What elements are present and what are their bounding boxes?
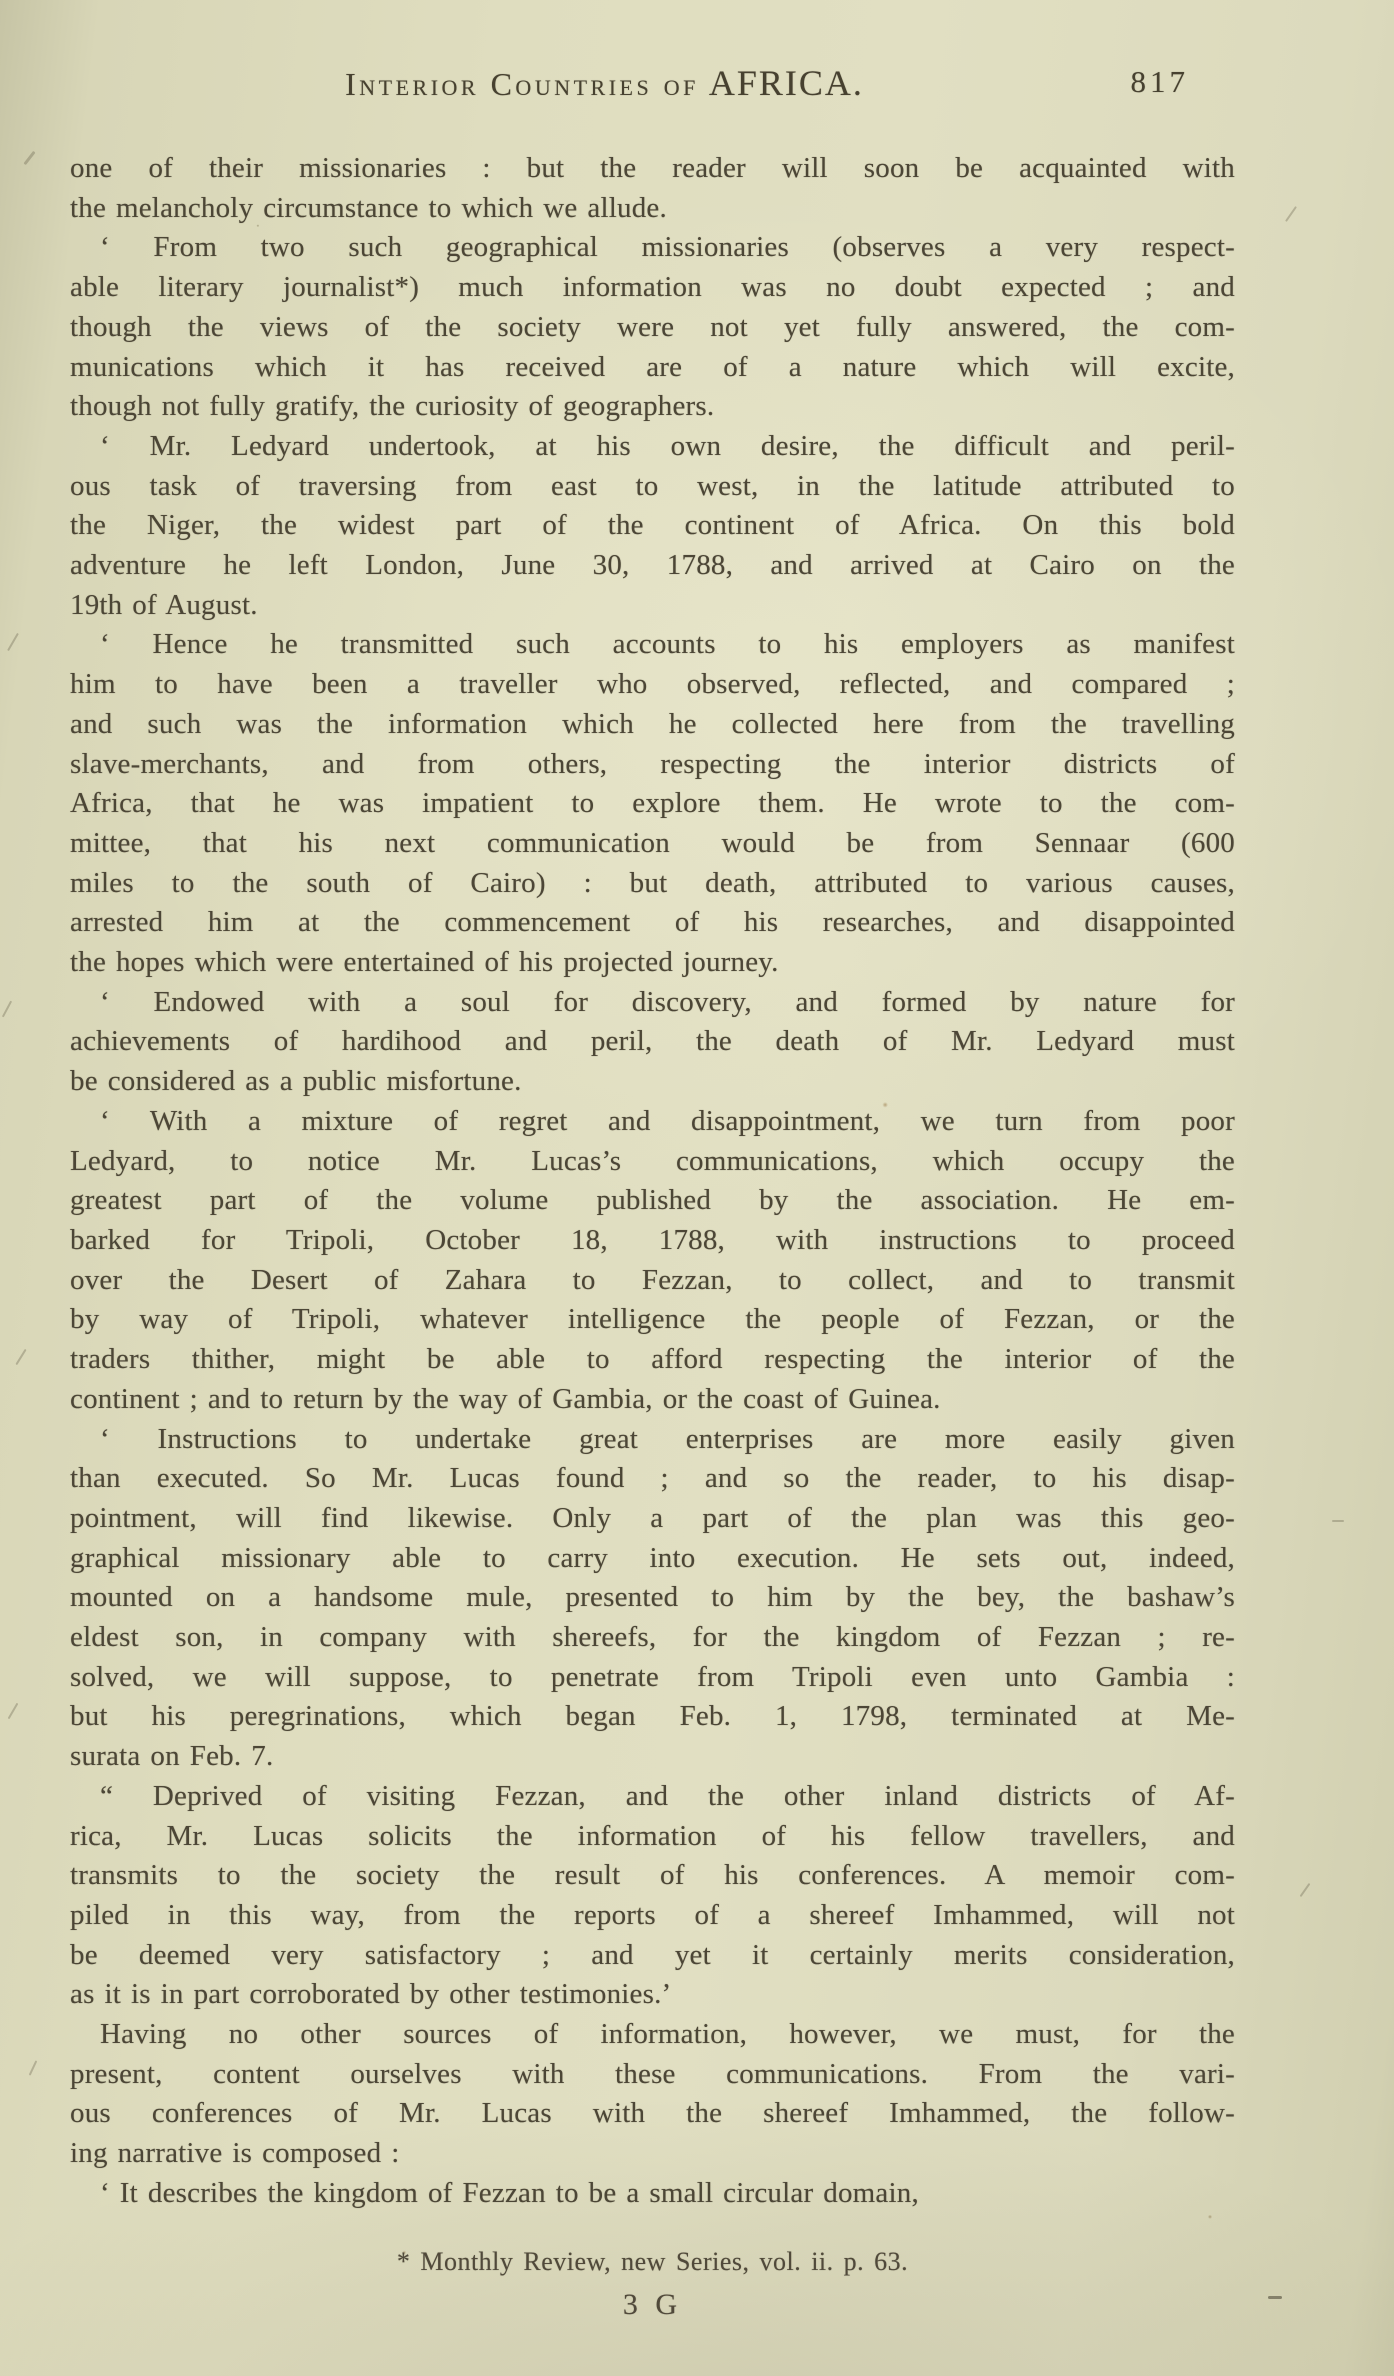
text-line: and such was the information which he co… [70,705,1235,745]
text-line: be considered as a public misfortune. [70,1062,1235,1102]
paragraph: ‘ It describes the kingdom of Fezzan to … [70,2174,1235,2214]
text-line: ous task of traversing from east to west… [70,467,1235,507]
text-line: though the views of the society were not… [70,308,1235,348]
text-line: the Niger, the widest part of the contin… [70,506,1235,546]
margin-pencil-mark [23,151,35,165]
text-line: ‘ It describes the kingdom of Fezzan to … [70,2174,1235,2214]
footnote: * Monthly Review, new Series, vol. ii. p… [70,2247,1235,2277]
text-line: mounted on a handsome mule, presented to… [70,1578,1235,1618]
text-line: one of their missionaries : but the read… [70,149,1235,189]
text-line: ‘ From two such geographical missionarie… [70,228,1235,268]
text-line: over the Desert of Zahara to Fezzan, to … [70,1261,1235,1301]
signature-mark: 3 G [70,2288,1235,2322]
text-line: eldest son, in company with shereefs, fo… [70,1618,1235,1658]
page-title: Interior Countries ofAFRICA. [345,62,864,104]
paragraph: “ Deprived of visiting Fezzan, and the o… [70,1777,1235,2015]
paragraph: ‘ Instructions to undertake great enterp… [70,1420,1235,1777]
text-line: but his peregrinations, which began Feb.… [70,1697,1235,1737]
text-line: munications which it has received are of… [70,348,1235,388]
margin-pencil-mark [15,1349,26,1365]
text-block: one of their missionaries : but the read… [70,149,1235,2214]
text-line: surata on Feb. 7. [70,1737,1235,1777]
text-line: traders thither, might be able to afford… [70,1340,1235,1380]
margin-pencil-mark [7,633,19,651]
text-line: ‘ Endowed with a soul for discovery, and… [70,983,1235,1023]
text-line: piled in this way, from the reports of a… [70,1896,1235,1936]
text-line: though not fully gratify, the curiosity … [70,387,1235,427]
margin-pencil-mark [1332,1520,1344,1522]
text-line: mittee, that his next communication woul… [70,824,1235,864]
text-line: achievements of hardihood and peril, the… [70,1022,1235,1062]
text-line: pointment, will find likewise. Only a pa… [70,1499,1235,1539]
margin-pencil-mark [29,2060,38,2075]
header-title-caps: AFRICA. [709,63,864,103]
text-line: ous conferences of Mr. Lucas with the sh… [70,2094,1235,2134]
text-line: adventure he left London, June 30, 1788,… [70,546,1235,586]
text-line: Having no other sources of information, … [70,2015,1235,2055]
text-line: 19th of August. [70,586,1235,626]
text-line: present, content ourselves with these co… [70,2055,1235,2095]
text-line: Ledyard, to notice Mr. Lucas’s communica… [70,1142,1235,1182]
page-number: 817 [1131,64,1190,100]
text-line: the hopes which were entertained of his … [70,943,1235,983]
running-header: Interior Countries ofAFRICA. 817 [70,62,1235,104]
book-page-scan: Interior Countries ofAFRICA. 817 one of … [0,0,1394,2376]
text-line: ‘ With a mixture of regret and disappoin… [70,1102,1235,1142]
paragraph: one of their missionaries : but the read… [70,149,1235,228]
text-line: continent ; and to return by the way of … [70,1380,1235,1420]
text-line: greatest part of the volume published by… [70,1181,1235,1221]
text-line: graphical missionary able to carry into … [70,1539,1235,1579]
margin-pencil-mark [8,1703,19,1720]
margin-pencil-mark [1285,206,1297,222]
text-line: him to have been a traveller who observe… [70,665,1235,705]
text-line: rica, Mr. Lucas solicits the information… [70,1817,1235,1857]
margin-pencil-mark [1268,2296,1282,2299]
margin-pencil-mark [1300,1883,1311,1897]
text-line: as it is in part corroborated by other t… [70,1975,1235,2015]
text-line: ‘ Mr. Ledyard undertook, at his own desi… [70,427,1235,467]
paragraph: ‘ Endowed with a soul for discovery, and… [70,983,1235,1102]
header-title-smallcaps: Interior Countries of [345,66,699,102]
text-line: able literary journalist*) much informat… [70,268,1235,308]
text-line: arrested him at the commencement of his … [70,903,1235,943]
text-line: the melancholy circumstance to which we … [70,189,1235,229]
paragraph: ‘ From two such geographical missionarie… [70,228,1235,427]
text-line: miles to the south of Cairo) : but death… [70,864,1235,904]
paragraph: ‘ With a mixture of regret and disappoin… [70,1102,1235,1420]
paragraph: Having no other sources of information, … [70,2015,1235,2174]
text-line: slave-merchants, and from others, respec… [70,745,1235,785]
text-line: than executed. So Mr. Lucas found ; and … [70,1459,1235,1499]
text-line: solved, we will suppose, to penetrate fr… [70,1658,1235,1698]
text-line: barked for Tripoli, October 18, 1788, wi… [70,1221,1235,1261]
text-line: transmits to the society the result of h… [70,1856,1235,1896]
paragraph: ‘ Hence he transmitted such accounts to … [70,625,1235,982]
text-line: “ Deprived of visiting Fezzan, and the o… [70,1777,1235,1817]
text-line: be deemed very satisfactory ; and yet it… [70,1936,1235,1976]
text-line: Africa, that he was impatient to explore… [70,784,1235,824]
text-line: ing narrative is composed : [70,2134,1235,2174]
text-line: by way of Tripoli, whatever intelligence… [70,1300,1235,1340]
paragraph: ‘ Mr. Ledyard undertook, at his own desi… [70,427,1235,626]
text-line: ‘ Hence he transmitted such accounts to … [70,625,1235,665]
margin-pencil-mark [2,1001,12,1018]
text-line: ‘ Instructions to undertake great enterp… [70,1420,1235,1460]
